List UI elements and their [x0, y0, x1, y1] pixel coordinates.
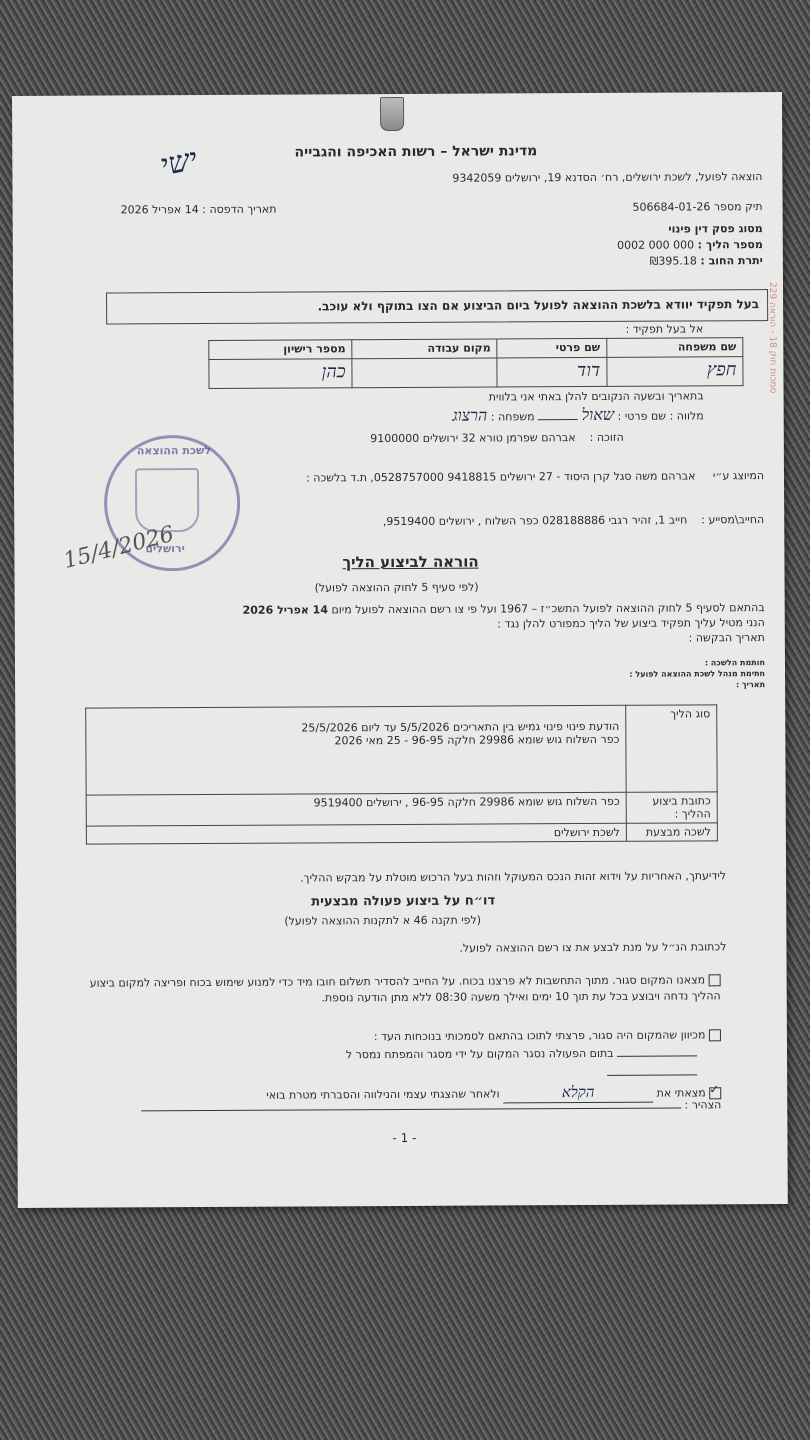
winner-details: הזוכה : אברהם שפרמן טורא 32 ירושלים 9100…: [370, 431, 624, 445]
print-date: תאריך הדפסה : 14 אפריל 2026: [121, 203, 277, 217]
debt-balance: יתרת החוב : ₪395.18: [650, 254, 763, 268]
report-title: דו״ח על ביצוע פעולה מבצעית: [311, 893, 495, 909]
details-row-address: כתובת ביצוע ההליך : כפר השלוח גוש שומא 2…: [86, 792, 717, 826]
report-intro: לכתובת הנ״ל על מנת לבצע את צו רשם ההוצאה…: [459, 940, 726, 954]
page-number: - 1 -: [392, 1131, 416, 1145]
validity-notice-box: בעל תפקיד יוודא בלשכת ההוצאה לפועל ביום …: [106, 289, 768, 324]
option2-checkbox[interactable]: [709, 1029, 721, 1041]
order-title: הוראה לביצוע הליך: [342, 553, 478, 572]
option-broke-in: מכיוון שהמקום היה סגור, פרצתי לתוכו בהתא…: [374, 1028, 721, 1043]
responsibility-notice: לידיעתך, האחריות על וידוא זהות הנכס המעו…: [300, 869, 726, 884]
order-paragraph-line1: בהתאם לסעיף 5 לחוק ההוצאה לפועל התשכ״ז –…: [243, 601, 765, 617]
side-stamp-text: 229 סמכות חוק 18 - הוראה: [767, 282, 778, 393]
document-page: 229 סמכות חוק 18 - הוראה ישי מדינת ישראל…: [12, 92, 788, 1208]
file-number: תיק מספר 506684-01-26: [632, 200, 762, 214]
represented-details: המיוצג ע״י אברהם משה סגל קרן היסוד - 27 …: [306, 469, 764, 484]
details-row-procedure-type: סוג הליך הודעת פינוי פינוי גמיש בין התאר…: [86, 705, 717, 795]
report-subtitle: (לפי תקנה 46 א לתקנות ההוצאה לפועל): [284, 914, 481, 928]
debtor-details: החייב\מסייע : חייב 1, זהיר רגבי 02818888…: [383, 513, 765, 528]
state-emblem-icon: [380, 97, 404, 131]
order-paragraph-line2: הנני מטיל עליך תפקיד ביצוע של הליך כמפור…: [497, 616, 765, 630]
officer-label: אל בעל תפקיד :: [626, 322, 704, 335]
declared: הצהיר :: [141, 1098, 721, 1114]
escort-names: מלווה : שם פרטי : שאול משפחה : הרצוג: [452, 404, 703, 425]
officer-table-row: חפץ דוד כהן: [209, 357, 743, 389]
order-date-label: תאריך :: [736, 680, 765, 689]
witness-line: [607, 1074, 697, 1075]
office-stamp-label: חותמת הלשכה :: [705, 658, 765, 667]
margin-signature: ישי: [157, 142, 201, 184]
request-date: תאריך הבקשה :: [689, 631, 765, 644]
option1-checkbox[interactable]: [709, 974, 721, 986]
validity-notice-text: בעל תפקיד יוודא בלשכת ההוצאה לפועל ביום …: [318, 297, 760, 313]
procedure-number: מספר הליך : 000 000 0002: [617, 238, 763, 252]
order-subtitle: (לפי סעיף 5 לחוק ההוצאה לפועל): [315, 581, 479, 595]
judgment-type: מסוג פסק דין פינוי: [668, 222, 762, 235]
office-address: הוצאה לפועל, לשכת ירושלים, רח׳ הסדנא 19,…: [452, 170, 762, 185]
option-broke-in-sub: בתום הפעולה נסגר המקום על ידי מסגר והמפת…: [346, 1046, 697, 1061]
details-row-office: לשכה מבצעת לשכת ירושלים: [86, 823, 717, 844]
escort-line: בתאריך ובשעה הנקובים להלן באתי אני בלווי…: [489, 389, 704, 403]
procedure-details-table: סוג הליך הודעת פינוי פינוי גמיש בין התאר…: [85, 704, 718, 844]
officer-table: שם משפחה שם פרטי מקום עבודה מספר רישיון …: [208, 337, 743, 389]
option-place-closed: מצאנו המקום סגור. מתוך התחשבות לא פרצנו …: [81, 972, 721, 1007]
document-title: מדינת ישראל – רשות האכיפה והגבייה: [294, 143, 537, 160]
manager-signature-label: חתימת מנהל לשכת ההוצאה לפועל :: [629, 669, 765, 679]
